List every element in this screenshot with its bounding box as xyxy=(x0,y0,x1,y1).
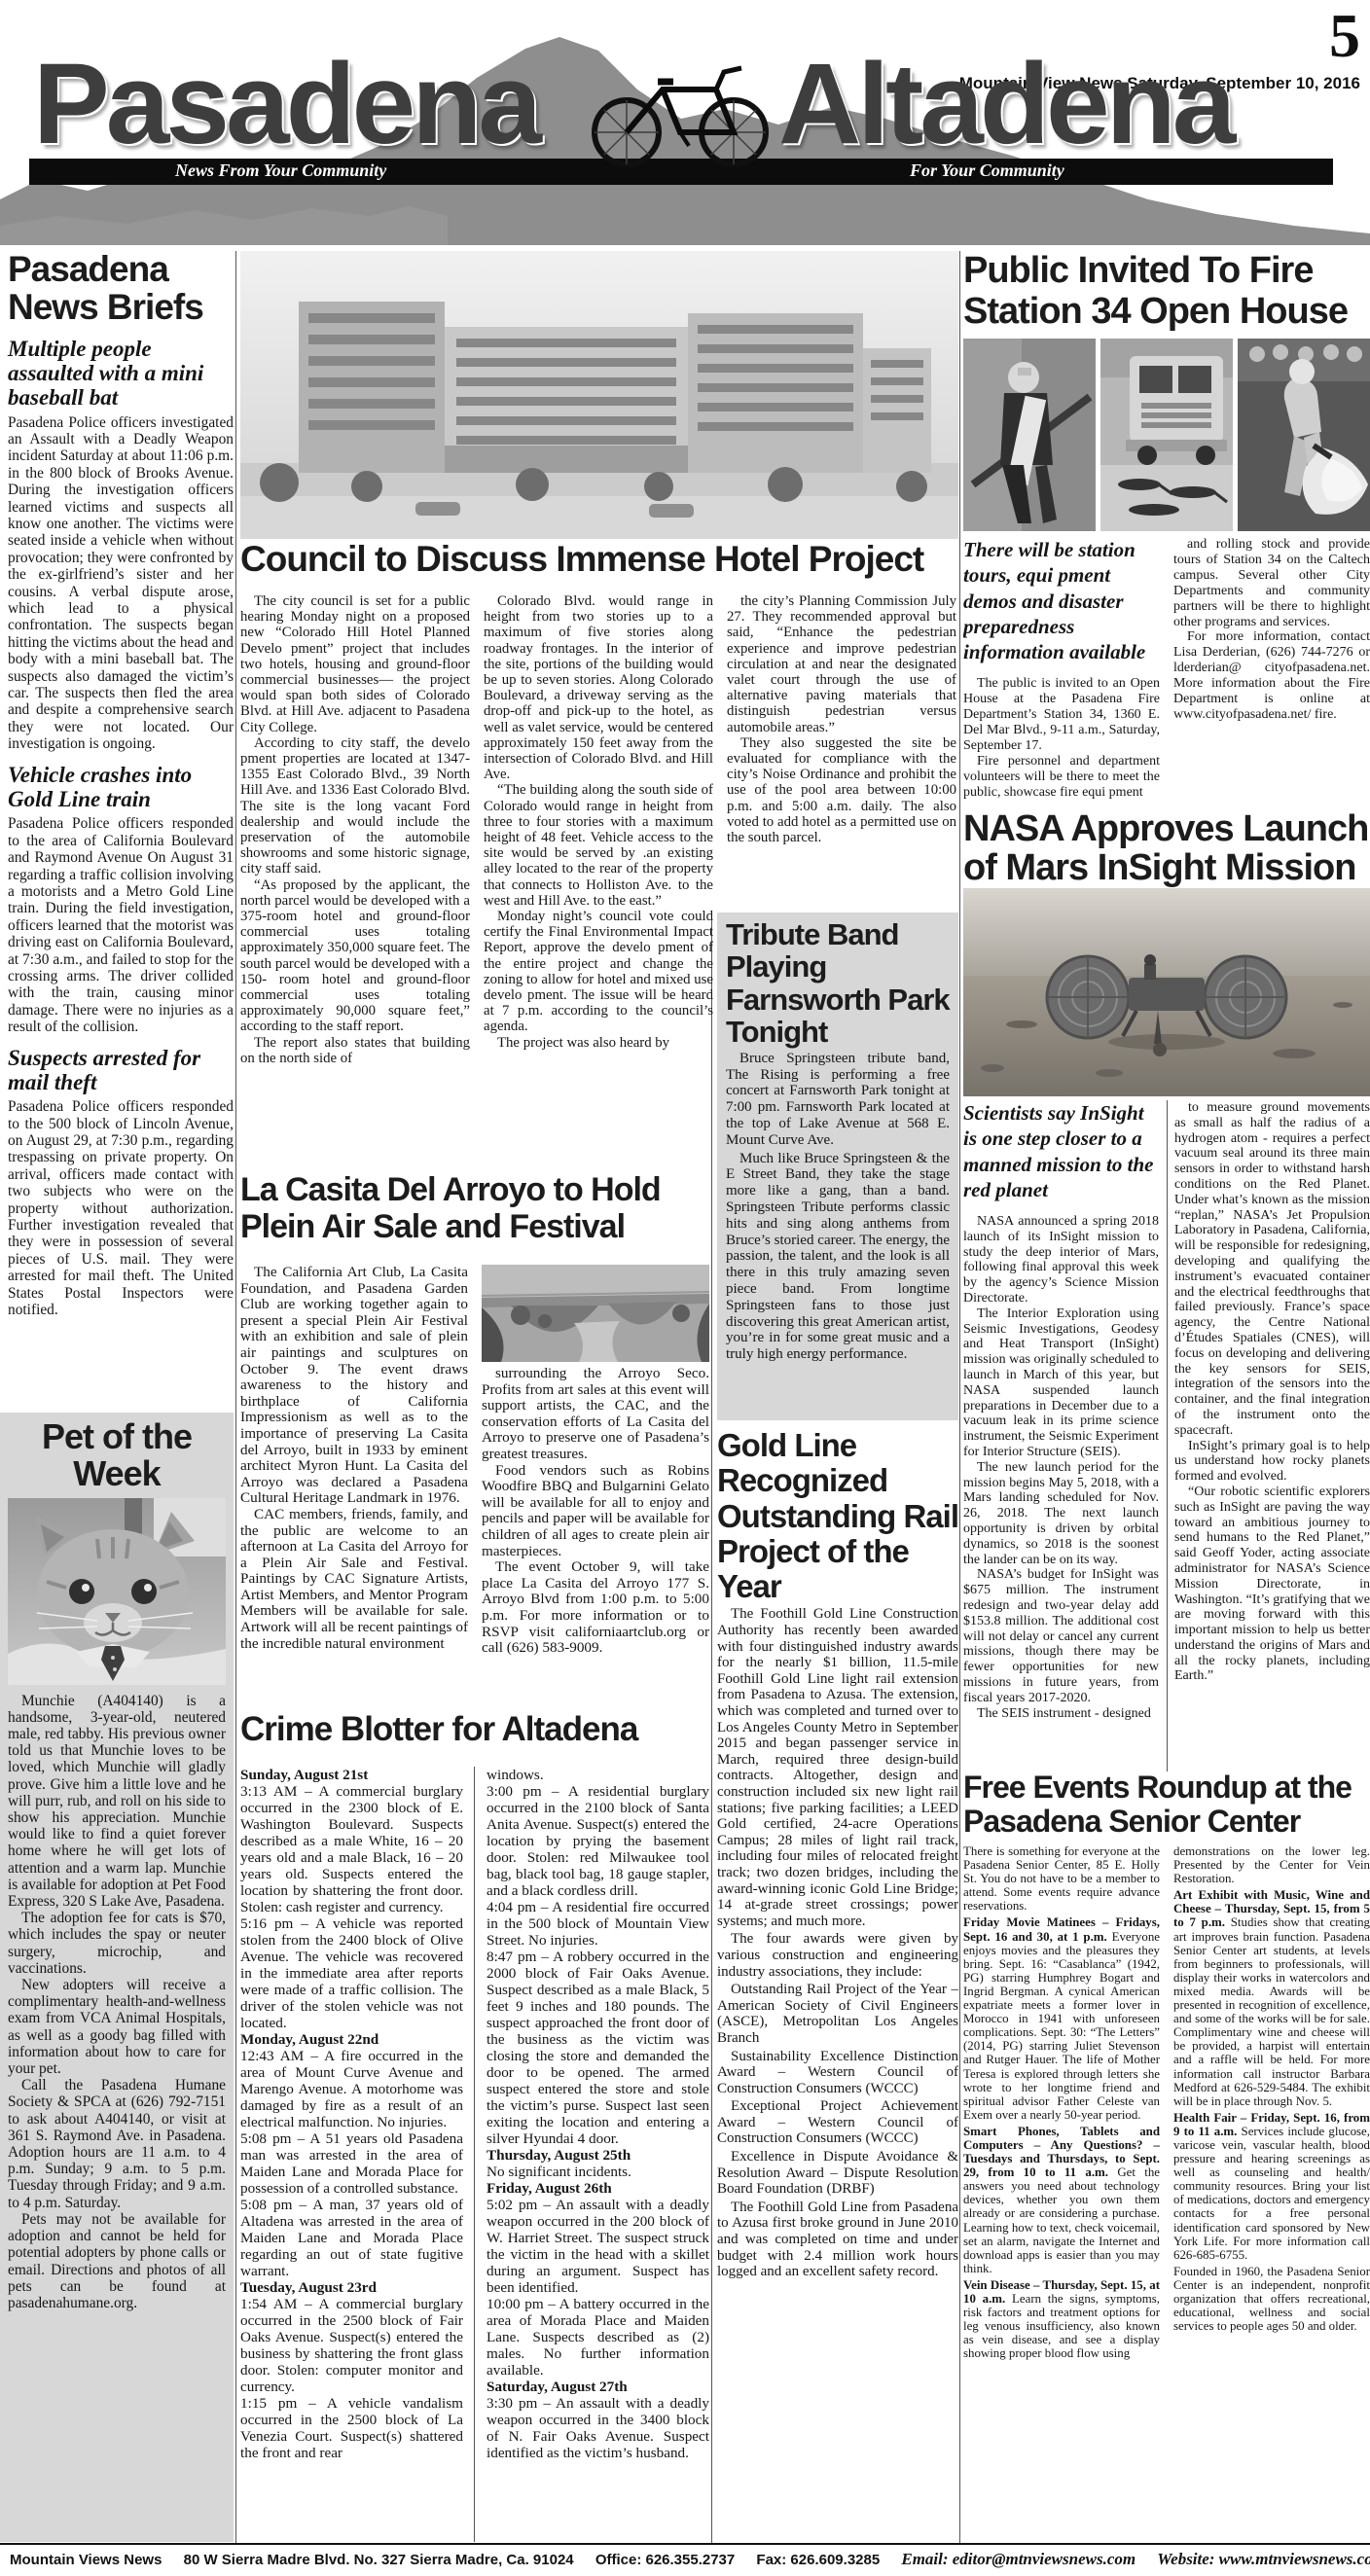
paragraph: “The building along the south side of Co… xyxy=(484,782,713,909)
paragraph: New adopters will receive a complimentar… xyxy=(8,1977,226,2077)
paragraph: 5:08 pm – A 51 years old Pasadena man wa… xyxy=(240,2130,463,2197)
paragraph: Saturday, August 27th xyxy=(487,2379,709,2395)
fire-station-photos xyxy=(963,339,1370,531)
la-casita-col-1: The California Art Club, La Casita Found… xyxy=(240,1265,468,1712)
paragraph: 1:54 AM – A commercial burglary occurred… xyxy=(240,2296,463,2395)
paragraph: “As proposed by the applicant, the north… xyxy=(240,877,470,1035)
paragraph: Monday night’s council vote could certif… xyxy=(484,909,713,1035)
firefighter-stairs-photo xyxy=(963,339,1096,531)
paragraph: 5:08 pm – A man, 37 years old of Altaden… xyxy=(240,2197,463,2279)
footer-rule xyxy=(0,2543,1370,2545)
news-briefs-section: Pasadena News Briefs Multiple people ass… xyxy=(8,251,234,1411)
paragraph: 3:13 AM – A commercial burglary occurred… xyxy=(240,1783,463,1915)
pet-of-the-week-section: Pet of the Week xyxy=(0,1413,234,2542)
masthead-altadena: Altadena xyxy=(778,47,1232,161)
footer-address: 80 W Sierra Madre Blvd. No. 327 Sierra M… xyxy=(184,2552,574,2568)
brief-body: Pasadena Police officers investigated an… xyxy=(8,414,234,753)
paragraph: Thursday, August 25th xyxy=(487,2147,709,2164)
paragraph: InSight’s primary goal is to help us und… xyxy=(1174,1439,1370,1485)
nasa-headline: NASA Approves Launch of Mars InSight Mis… xyxy=(963,810,1370,888)
paragraph: The four awards were given by various co… xyxy=(717,1931,958,1980)
fire-station-article: There will be station tours, equi pment … xyxy=(963,537,1370,809)
newspaper-page: 5 Mountain View News Saturday, September… xyxy=(0,0,1370,2576)
insight-lander-photo xyxy=(963,888,1370,1096)
paragraph: The Foothill Gold Line from Pasadena to … xyxy=(717,2200,958,2280)
brief-body: Pasadena Police officers responded to th… xyxy=(8,1098,234,1318)
firefighter-spray-photo xyxy=(1238,339,1370,531)
paragraph: The new launch period for the mission be… xyxy=(963,1460,1159,1568)
fire-col-2: and rolling stock and provide tours of S… xyxy=(1173,537,1370,809)
paragraph: Pets may not be available for adoption a… xyxy=(8,2211,226,2311)
paragraph: Friday, August 26th xyxy=(487,2180,709,2197)
paragraph: The California Art Club, La Casita Found… xyxy=(240,1265,468,1507)
paragraph: Smart Phones, Tablets and Computers – An… xyxy=(963,2125,1160,2275)
nasa-deck: Scientists say InSight is one step close… xyxy=(963,1100,1159,1202)
footer-fax: Fax: 626.609.3285 xyxy=(756,2552,880,2568)
la-casita-col-2: surrounding the Arroyo Seco. Profits fro… xyxy=(482,1265,709,1712)
brief-item: Suspects arrested for mail theft Pasaden… xyxy=(8,1046,234,1319)
paragraph: Sustainability Excellence Distinction Aw… xyxy=(717,2049,958,2097)
paragraph: 3:00 pm – A residential burglary occurre… xyxy=(487,1783,709,1899)
brief-item: Multiple people assaulted with a mini ba… xyxy=(8,337,234,753)
crime-blotter-headline: Crime Blotter for Altadena xyxy=(240,1712,709,1746)
gold-line-section: Gold Line Recognized Outstanding Rail Pr… xyxy=(717,1428,958,2542)
nasa-col-1-text: NASA announced a spring 2018 launch of i… xyxy=(963,1214,1159,1721)
paragraph: Outstanding Rail Project of the Year – A… xyxy=(717,1982,958,2046)
paragraph: surrounding the Arroyo Seco. Profits fro… xyxy=(482,1366,709,1463)
la-casita-col-2-text: surrounding the Arroyo Seco. Profits fro… xyxy=(482,1366,709,1657)
footer-email-label: Email: xyxy=(901,2550,948,2568)
footer-email-link[interactable]: editor@mtnviewsnews.com xyxy=(953,2550,1136,2568)
fire-station-headline: Public Invited To Fire Station 34 Open H… xyxy=(963,251,1370,333)
paragraph: The SEIS instrument - designed xyxy=(963,1706,1159,1722)
la-casita-headline: La Casita Del Arroyo to Hold Plein Air S… xyxy=(240,1171,727,1245)
paragraph: Vein Disease – Thursday, Sept. 15, at 10… xyxy=(963,2278,1160,2361)
bicycle-icon xyxy=(580,43,780,171)
nasa-col-1: Scientists say InSight is one step close… xyxy=(963,1100,1159,1771)
paragraph: Exceptional Project Achievement Award – … xyxy=(717,2098,958,2147)
paragraph: Bruce Springsteen tribute band, The Risi… xyxy=(726,1051,950,1149)
divider-left xyxy=(235,251,236,2543)
briefs-title: Pasadena News Briefs xyxy=(8,251,234,327)
paragraph: They also suggested the site be evaluate… xyxy=(727,735,956,845)
paragraph: No significant incidents. xyxy=(487,2164,709,2180)
brief-head: Vehicle crashes into Gold Line train xyxy=(8,763,234,812)
hotel-rendering-photo xyxy=(240,251,958,539)
brief-item: Vehicle crashes into Gold Line train Pas… xyxy=(8,763,234,1036)
tagline-left: News From Your Community xyxy=(175,161,386,181)
paragraph: The event October 9, will take place La … xyxy=(482,1559,709,1657)
paragraph: Colorado Blvd. would range in height fro… xyxy=(484,593,713,782)
paragraph: 5:16 pm – A vehicle was reported stolen … xyxy=(240,1915,463,2031)
paragraph: The adoption fee for cats is $70, which … xyxy=(8,1910,226,1977)
la-casita-article: The California Art Club, La Casita Found… xyxy=(240,1265,709,1712)
senior-col-1: There is something for everyone at the P… xyxy=(963,1842,1160,2542)
paragraph: For more information, contact Lisa Derde… xyxy=(1173,629,1370,722)
paragraph: Friday Movie Matinees – Fridays, Sept. 1… xyxy=(963,1915,1160,2121)
fire-col-1: There will be station tours, equi pment … xyxy=(963,537,1160,809)
arroyo-bridge-painting xyxy=(482,1265,709,1362)
tribute-band-section: Tribute Band Playing Farnsworth Park Ton… xyxy=(717,912,958,1420)
paragraph: The project was also heard by xyxy=(484,1035,713,1051)
paragraph: Much like Bruce Springsteen & the E Stre… xyxy=(726,1151,950,1363)
masthead-pasadena: Pasadena xyxy=(33,47,538,161)
paragraph: Art Exhibit with Music, Wine and Cheese … xyxy=(1173,1888,1370,2108)
paragraph: “Our robotic scientific explorers such a… xyxy=(1174,1485,1370,1684)
divider-right xyxy=(959,251,960,2543)
brief-head: Multiple people assaulted with a mini ba… xyxy=(8,337,234,411)
paragraph: NASA announced a spring 2018 launch of i… xyxy=(963,1214,1159,1306)
paragraph: The public is invited to an Open House a… xyxy=(963,676,1160,754)
paragraph: the city’s Planning Commission July 27. … xyxy=(727,593,956,735)
senior-center-article: There is something for everyone at the P… xyxy=(963,1842,1370,2542)
hotel-col-2: Colorado Blvd. would range in height fro… xyxy=(484,593,713,1171)
cat-photo xyxy=(8,1498,226,1685)
paragraph: windows. xyxy=(487,1767,709,1783)
crime-blotter-article: Sunday, August 21st3:13 AM – A commercia… xyxy=(240,1767,709,2542)
fire-deck: There will be station tours, equi pment … xyxy=(963,537,1160,664)
paragraph: The Interior Exploration using Seismic I… xyxy=(963,1306,1159,1460)
paragraph: NASA’s budget for InSight was $675 milli… xyxy=(963,1567,1159,1705)
hotel-col-1: The city council is set for a public hea… xyxy=(240,593,470,1171)
paragraph: to measure ground movements as small as … xyxy=(1174,1100,1370,1439)
tagline-right: For Your Community xyxy=(910,161,1064,181)
paragraph: 4:04 pm – A residential fire occurred in… xyxy=(487,1899,709,1949)
paragraph: 10:00 pm – A battery occurred in the are… xyxy=(487,2296,709,2379)
paragraph: 8:47 pm – A robbery occurred in the 2000… xyxy=(487,1949,709,2147)
fire-col-1-text: The public is invited to an Open House a… xyxy=(963,676,1160,800)
paragraph: CAC members, friends, family, and the pu… xyxy=(240,1507,468,1652)
paragraph: Tuesday, August 23rd xyxy=(240,2279,463,2296)
gold-line-headline: Gold Line Recognized Outstanding Rail Pr… xyxy=(717,1428,958,1604)
paragraph: Munchie (A404140) is a handsome, 3-year-… xyxy=(8,1693,226,1911)
paragraph: Founded in 1960, the Pasadena Senior Cen… xyxy=(1173,2265,1370,2333)
paragraph: The city council is set for a public hea… xyxy=(240,593,470,735)
paragraph: demonstrations on the lower leg. Present… xyxy=(1173,1844,1370,1885)
hotel-headline: Council to Discuss Immense Hotel Project xyxy=(240,541,958,577)
footer-office: Office: 626.355.2737 xyxy=(595,2552,735,2568)
paragraph: The Foothill Gold Line Construction Auth… xyxy=(717,1606,958,1929)
footer-website-label: Website: xyxy=(1157,2550,1214,2568)
brief-head: Suspects arrested for mail theft xyxy=(8,1046,234,1095)
paragraph: Health Fair – Friday, Sept. 16, from 9 t… xyxy=(1173,2111,1370,2262)
paragraph: 1:15 pm – A vehicle vandalism occurred i… xyxy=(240,2395,463,2461)
blotter-col-2: windows.3:00 pm – A residential burglary… xyxy=(474,1767,709,2542)
paragraph: Excellence in Dispute Avoidance & Resolu… xyxy=(717,2149,958,2198)
footer-website-link[interactable]: www.mtnviewsnews.com xyxy=(1219,2550,1370,2568)
footer: Mountain Views News 80 W Sierra Madre Bl… xyxy=(0,2547,1370,2576)
page-number: 5 xyxy=(1329,0,1360,72)
paragraph: Fire personnel and department volunteers… xyxy=(963,754,1160,801)
fire-truck-pushups-photo xyxy=(1100,339,1233,531)
paragraph: Sunday, August 21st xyxy=(240,1767,463,1783)
paragraph: Monday, August 22nd xyxy=(240,2031,463,2048)
paragraph: There is something for everyone at the P… xyxy=(963,1844,1160,1913)
paragraph: Food vendors such as Robins Woodfire BBQ… xyxy=(482,1463,709,1560)
footer-paper-name: Mountain Views News xyxy=(10,2552,162,2568)
paragraph: The report also states that building on … xyxy=(240,1035,470,1066)
tribute-band-headline: Tribute Band Playing Farnsworth Park Ton… xyxy=(726,918,950,1049)
paragraph: 5:02 pm – An assault with a deadly weapo… xyxy=(487,2197,709,2296)
paragraph: 12:43 AM – A fire occurred in the area o… xyxy=(240,2048,463,2130)
nasa-article: Scientists say InSight is one step close… xyxy=(963,1100,1370,1771)
brief-body: Pasadena Police officers responded to th… xyxy=(8,815,234,1035)
paragraph: Call the Pasadena Humane Society & SPCA … xyxy=(8,2077,226,2211)
nasa-col-2: to measure ground movements as small as … xyxy=(1167,1100,1370,1771)
pet-body: Munchie (A404140) is a handsome, 3-year-… xyxy=(8,1693,226,2312)
paragraph: According to city staff, the develo pmen… xyxy=(240,735,470,877)
senior-center-headline: Free Events Roundup at the Pasadena Seni… xyxy=(963,1771,1370,1839)
paragraph: 3:30 pm – An assault with a deadly weapo… xyxy=(487,2395,709,2461)
senior-col-2: demonstrations on the lower leg. Present… xyxy=(1173,1842,1370,2542)
paragraph: and rolling stock and provide tours of S… xyxy=(1173,537,1370,629)
tribute-band-body: Bruce Springsteen tribute band, The Risi… xyxy=(726,1051,950,1363)
pet-title: Pet of the Week xyxy=(8,1418,226,1492)
blotter-col-1: Sunday, August 21st3:13 AM – A commercia… xyxy=(240,1767,463,2542)
gold-line-body: The Foothill Gold Line Construction Auth… xyxy=(717,1606,958,2279)
